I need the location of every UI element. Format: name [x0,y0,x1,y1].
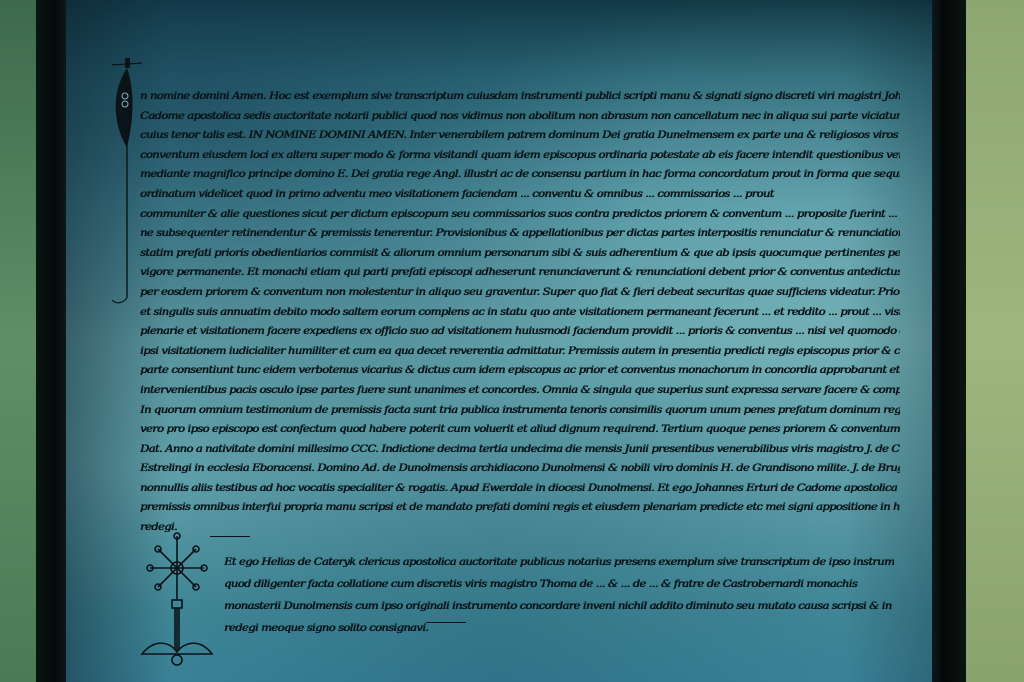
text-line: statim prefati prioris obedientiarios co… [140,246,900,264]
document-body: n nomine domini Amen. Hoc est exemplum s… [140,88,900,539]
text-line: premissis omnibus interfui propria manu … [140,500,900,518]
text-line: plenarie et visitationem facere expedien… [140,324,900,342]
text-line: ne subsequenter retinendentur & premissi… [140,226,900,244]
text-line: cuius tenor talis est. IN NOMINE DOMINI … [140,128,900,146]
text-line: In quorum omnium testimonium de premissi… [140,402,900,420]
text-line: monasterii Dunolmensis cum ipso original… [224,599,894,619]
frame-left-edge [36,0,68,682]
text-line: Dat. Anno a nativitate domini millesimo … [140,442,900,460]
text-line: Cadome apostolica sedis auctoritate nota… [140,109,900,127]
text-line: redegi. [140,520,900,538]
text-line: redegi meoque signo solito consignavi. [224,621,454,641]
text-line: vigore permanente. Et monachi etiam qui … [140,265,900,283]
line-end-flourish [426,622,466,623]
text-line: conventum eiusdem loci ex altera super m… [140,148,900,166]
notary-signum-icon [140,530,215,668]
text-line: intervenientibus pacis osculo ipse parte… [140,383,900,401]
frame-right-edge [928,0,966,682]
notary-attestation: Et ego Helias de Cateryk clericus aposto… [224,554,894,642]
text-line: n nomine domini Amen. Hoc est exemplum s… [140,89,900,107]
text-line: ipsi visitationem iudicialiter humiliter… [140,344,900,362]
text-line: nonnullis aliis testibus ad hoc vocatis … [140,481,900,499]
line-end-flourish [210,536,250,537]
text-line: et singulis suis annuatim debito modo sa… [140,305,900,323]
text-line: communiter & alie questiones sicut per d… [140,207,900,225]
text-line: vero pro ipso episcopo est confectum quo… [140,422,900,440]
text-line: per eosdem priorem & conventum non moles… [140,285,900,303]
text-line: mediante magnifico principe domino E. De… [140,167,900,185]
decorated-initial-icon [112,58,142,308]
text-line: ordinatum videlicet quod in primo advent… [140,187,900,205]
text-line: Estrelingi in ecclesia Eboracensi. Domin… [140,461,900,479]
text-line: Et ego Helias de Cateryk clericus aposto… [224,555,894,575]
text-line: quod diligenter facta collatione cum dis… [224,577,894,597]
text-line: parte consentiunt tunc eidem verbotenus … [140,363,900,381]
background-right [962,0,1024,682]
